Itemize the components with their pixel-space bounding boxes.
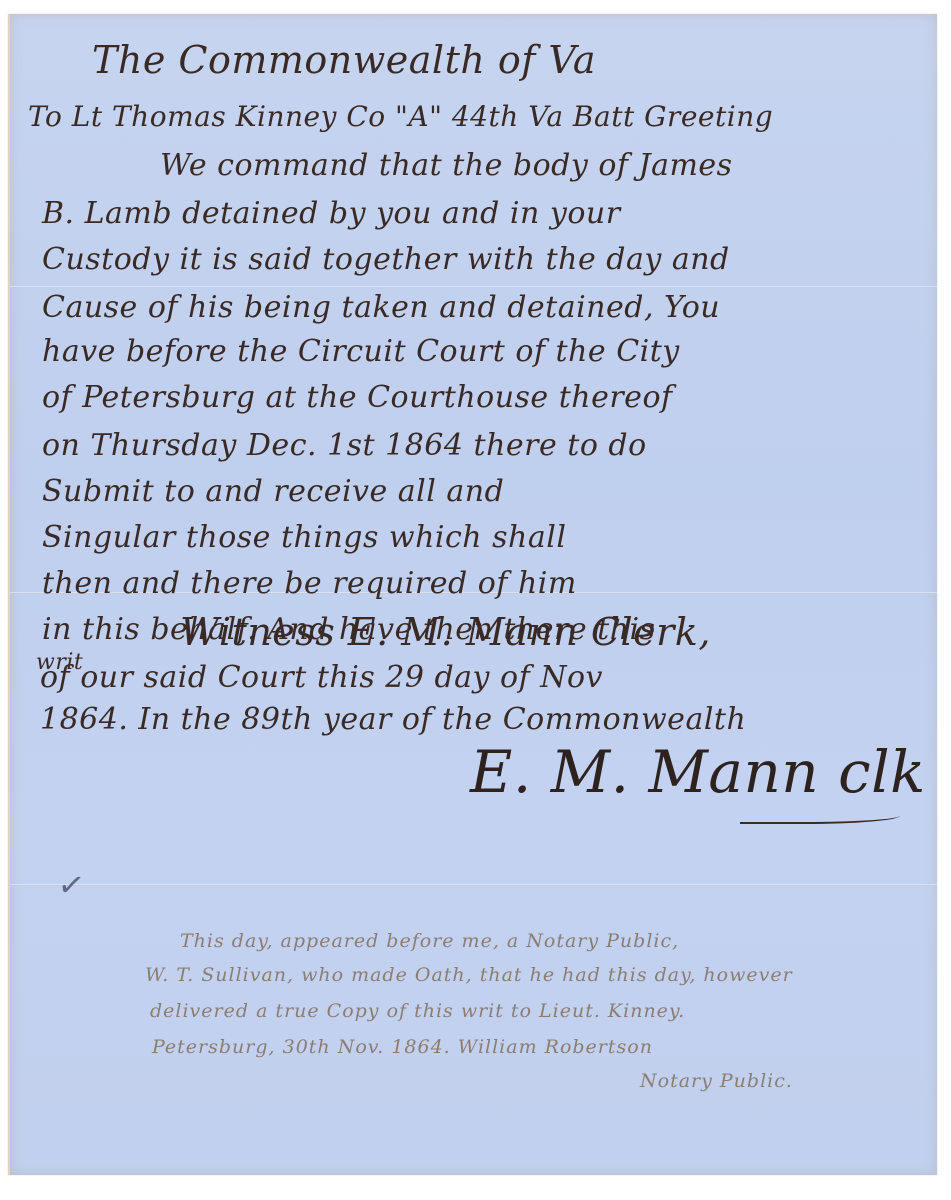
- body-line: Singular those things which shall: [42, 520, 566, 555]
- body-line: We command that the body of James: [160, 148, 733, 183]
- document-heading: The Commonwealth of Va: [92, 38, 596, 82]
- notary-line: delivered a true Copy of this writ to Li…: [150, 1000, 685, 1022]
- witness-line: 1864. In the 89th year of the Commonweal…: [40, 702, 746, 737]
- notary-line: This day, appeared before me, a Notary P…: [180, 930, 679, 952]
- body-line: B. Lamb detained by you and in your: [42, 196, 621, 231]
- witness-line: of our said Court this 29 day of Nov: [40, 660, 603, 695]
- notary-title: Notary Public.: [640, 1070, 793, 1092]
- body-line: Submit to and receive all and: [42, 474, 504, 509]
- check-mark-icon: ✓: [55, 864, 87, 905]
- body-line: then and there be required of him: [42, 566, 577, 601]
- fold-line: [10, 884, 937, 886]
- fold-line: [10, 286, 937, 288]
- body-line: on Thursday Dec. 1st 1864 there to do: [42, 428, 647, 463]
- body-line: of Petersburg at the Courthouse thereof: [42, 380, 673, 415]
- salutation: To Lt Thomas Kinney Co "A" 44th Va Batt …: [28, 100, 773, 133]
- notary-line: Petersburg, 30th Nov. 1864. William Robe…: [152, 1036, 653, 1058]
- body-line: have before the Circuit Court of the Cit…: [42, 334, 680, 369]
- notary-line: W. T. Sullivan, who made Oath, that he h…: [145, 964, 793, 986]
- body-line: Custody it is said together with the day…: [42, 242, 730, 277]
- witness-line: Witness E. M. Mann Clerk,: [180, 610, 711, 654]
- clerk-signature: E. M. Mann clk: [470, 738, 926, 806]
- body-line: Cause of his being taken and detained, Y…: [42, 290, 720, 325]
